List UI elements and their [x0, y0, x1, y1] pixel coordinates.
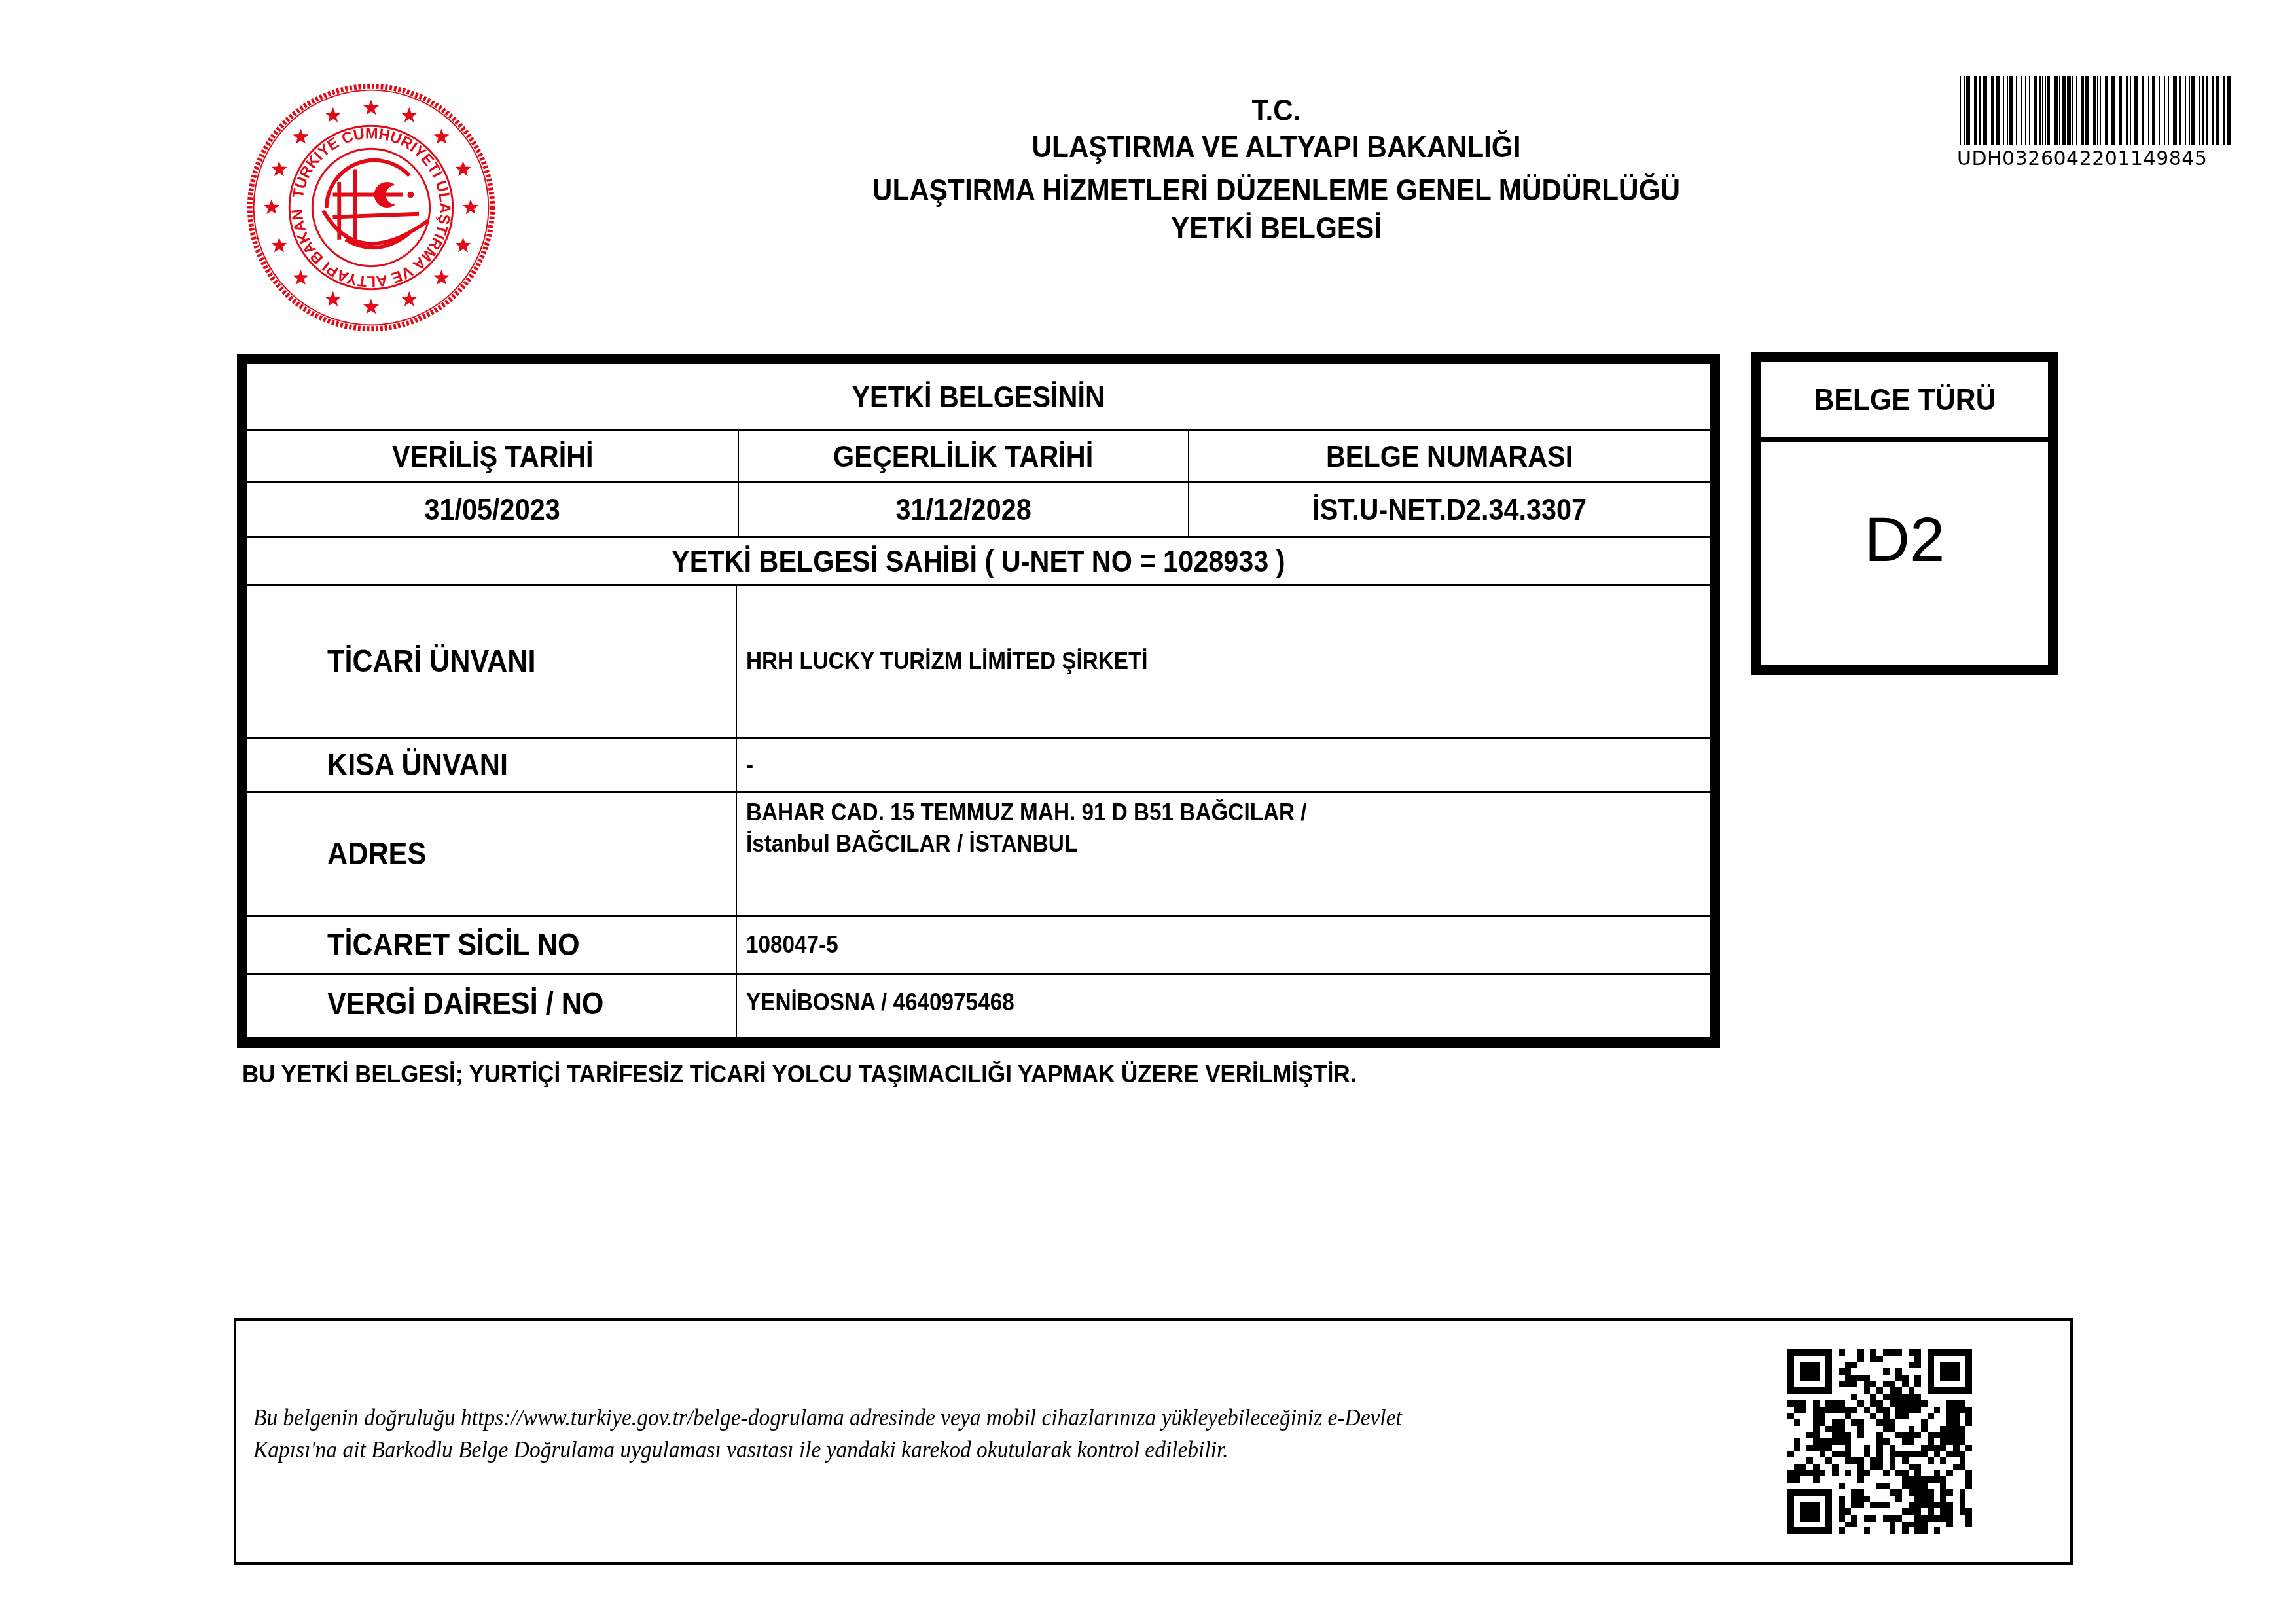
barcode-icon — [1957, 75, 2238, 147]
value-tax-office: YENİBOSNA / 4640975468 — [740, 975, 1710, 1040]
label-tax-office: VERGİ DAİRESİ / NO — [247, 975, 736, 1040]
verification-line-2: Kapısı'na ait Barkodlu Belge Doğrulama u… — [253, 1434, 1592, 1466]
column-header-issue-date: VERİLİŞ TARİHİ — [247, 431, 738, 481]
document-type-box: BELGE TÜRÜ D2 — [1751, 352, 2058, 675]
header-directorate: ULAŞTIRMA HİZMETLERİ DÜZENLEME GENEL MÜD… — [704, 172, 1848, 208]
authorization-statement: BU YETKİ BELGESİ; YURTİÇİ TARİFESİZ TİCA… — [242, 1061, 1356, 1088]
document-number: İST.U-NET.D2.34.3307 — [1189, 483, 1710, 536]
label-trade-registry-no: TİCARET SİCİL NO — [247, 917, 736, 973]
value-trade-registry-no: 108047-5 — [740, 917, 1710, 973]
verification-line-1: Bu belgenin doğruluğu https://www.turkiy… — [253, 1402, 1592, 1434]
document-type-value: D2 — [1761, 442, 2048, 665]
label-trade-name: TİCARİ ÜNVANI — [247, 586, 736, 737]
certificate-table: YETKİ BELGESİNİN VERİLİŞ TARİHİ GEÇERLİL… — [237, 354, 1720, 1048]
barcode-number: UDH0326042201149845 — [1957, 147, 2238, 170]
issue-date: 31/05/2023 — [247, 483, 738, 536]
verification-box: Bu belgenin doğruluğu https://www.turkiy… — [234, 1318, 2073, 1565]
header-tc: T.C. — [704, 92, 1848, 128]
verification-text: Bu belgenin doğruluğu https://www.turkiy… — [253, 1402, 1592, 1466]
document-type-label: BELGE TÜRÜ — [1761, 362, 2048, 437]
value-trade-name: HRH LUCKY TURİZM LİMİTED ŞİRKETİ — [740, 586, 1710, 737]
certificate-section-title: YETKİ BELGESİNİN — [247, 364, 1710, 429]
header-doc-title: YETKİ BELGESİ — [704, 210, 1848, 246]
value-address: BAHAR CAD. 15 TEMMUZ MAH. 91 D B51 BAĞCI… — [740, 793, 1710, 915]
label-short-name: KISA ÜNVANI — [247, 739, 736, 791]
qr-code-icon — [1787, 1349, 1972, 1534]
svg-text:TÜRKİYE CUMHURİYETİ ULAŞTIRMA: TÜRKİYE CUMHURİYETİ ULAŞTIRMA VE ALTYAPI… — [243, 80, 454, 290]
ministry-seal-icon: TÜRKİYE CUMHURİYETİ ULAŞTIRMA VE ALTYAPI… — [243, 80, 499, 335]
header-ministry: ULAŞTIRMA VE ALTYAPI BAKANLIĞI — [704, 128, 1848, 165]
owner-section-title: YETKİ BELGESİ SAHİBİ ( U-NET NO = 102893… — [247, 538, 1710, 584]
validity-date: 31/12/2028 — [739, 483, 1188, 536]
value-short-name: - — [740, 739, 1710, 791]
label-address: ADRES — [247, 793, 736, 915]
column-header-document-number: BELGE NUMARASI — [1189, 431, 1710, 481]
column-header-validity-date: GEÇERLİLİK TARİHİ — [739, 431, 1188, 481]
